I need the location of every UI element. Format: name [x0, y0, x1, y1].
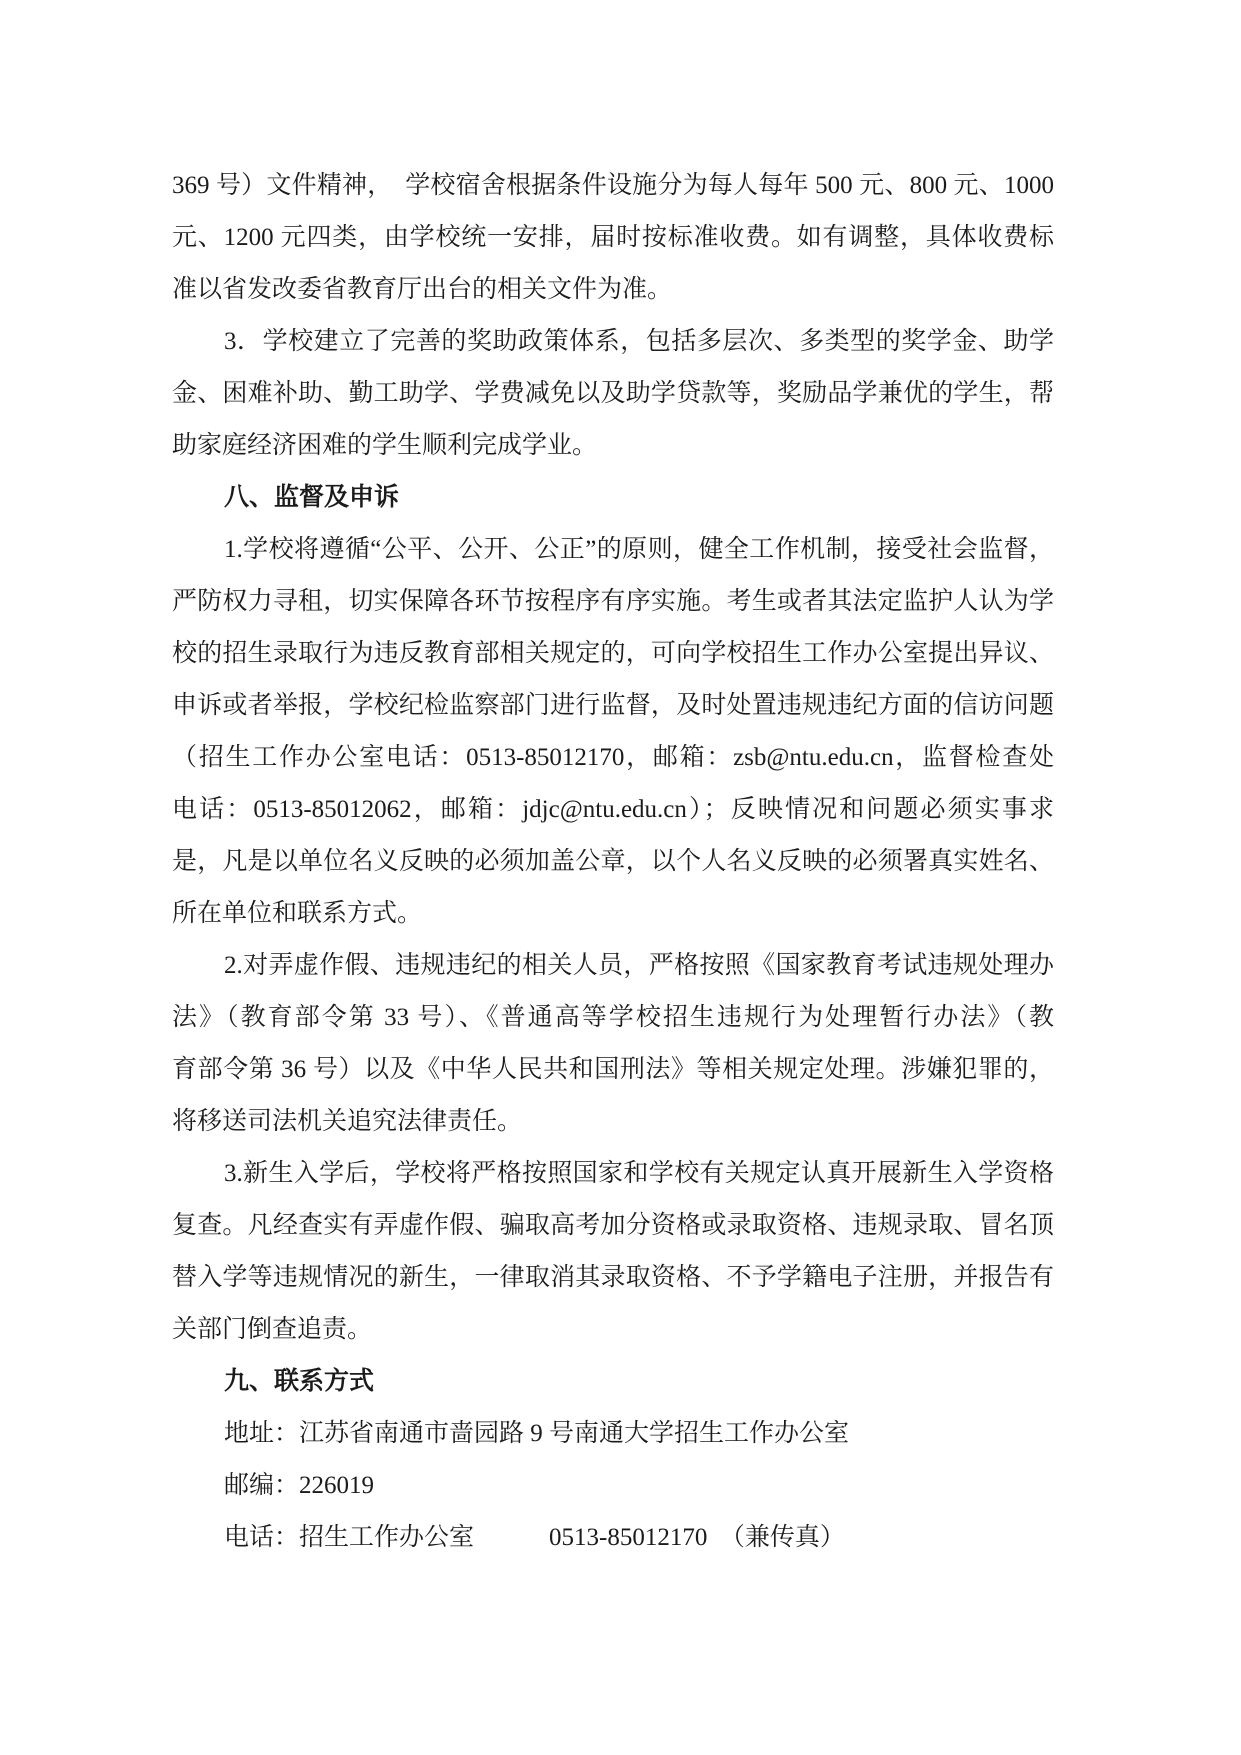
text-line: 助家庭经济困难的学生顺利完成学业。	[172, 420, 1054, 472]
text-line: 1.学校将遵循“公平、公开、公正”的原则，健全工作机制，接受社会监督，	[172, 524, 1054, 576]
text-line: 申诉或者举报，学校纪检监察部门进行监督，及时处置违规违纪方面的信访问题	[172, 680, 1054, 732]
text-line: 金、困难补助、勤工助学、学费减免以及助学贷款等，奖励品学兼优的学生，帮	[172, 368, 1054, 420]
text-line: 所在单位和联系方式。	[172, 888, 1054, 940]
text-line: 3.新生入学后，学校将严格按照国家和学校有关规定认真开展新生入学资格	[172, 1148, 1054, 1200]
text-line: （招生工作办公室电话：0513-85012170，邮箱：zsb@ntu.edu.…	[172, 732, 1054, 784]
section-heading: 八、监督及申诉	[172, 472, 1054, 524]
text-line: 地址：江苏省南通市啬园路 9 号南通大学招生工作办公室	[172, 1408, 1054, 1460]
text-line: 邮编：226019	[172, 1460, 1054, 1512]
text-line: 电话：招生工作办公室 0513-85012170 （兼传真）	[172, 1512, 1054, 1564]
text-line: 替入学等违规情况的新生，一律取消其录取资格、不予学籍电子注册，并报告有	[172, 1252, 1054, 1304]
section-heading: 九、联系方式	[172, 1356, 1054, 1408]
text-line: 元、1200 元四类，由学校统一安排，届时按标准收费。如有调整，具体收费标	[172, 212, 1054, 264]
text-line: 法》（教育部令第 33 号）、《普通高等学校招生违规行为处理暂行办法》（教	[172, 992, 1054, 1044]
text-line: 2.对弄虚作假、违规违纪的相关人员，严格按照《国家教育考试违规处理办	[172, 940, 1054, 992]
text-line: 369 号）文件精神， 学校宿舍根据条件设施分为每人每年 500 元、800 元…	[172, 160, 1054, 212]
text-line: 关部门倒查追责。	[172, 1304, 1054, 1356]
text-line: 严防权力寻租，切实保障各环节按程序有序实施。考生或者其法定监护人认为学	[172, 576, 1054, 628]
text-line: 电话：0513-85012062，邮箱：jdjc@ntu.edu.cn）；反映情…	[172, 784, 1054, 836]
text-line: 校的招生录取行为违反教育部相关规定的，可向学校招生工作办公室提出异议、	[172, 628, 1054, 680]
text-line: 3．学校建立了完善的奖助政策体系，包括多层次、多类型的奖学金、助学	[172, 316, 1054, 368]
document-content: 369 号）文件精神， 学校宿舍根据条件设施分为每人每年 500 元、800 元…	[172, 160, 1054, 1564]
text-line: 将移送司法机关追究法律责任。	[172, 1096, 1054, 1148]
text-line: 是，凡是以单位名义反映的必须加盖公章，以个人名义反映的必须署真实姓名、	[172, 836, 1054, 888]
text-line: 准以省发改委省教育厅出台的相关文件为准。	[172, 264, 1054, 316]
document-page: 369 号）文件精神， 学校宿舍根据条件设施分为每人每年 500 元、800 元…	[0, 0, 1241, 1755]
text-line: 育部令第 36 号）以及《中华人民共和国刑法》等相关规定处理。涉嫌犯罪的，	[172, 1044, 1054, 1096]
text-line: 复查。凡经查实有弄虚作假、骗取高考加分资格或录取资格、违规录取、冒名顶	[172, 1200, 1054, 1252]
